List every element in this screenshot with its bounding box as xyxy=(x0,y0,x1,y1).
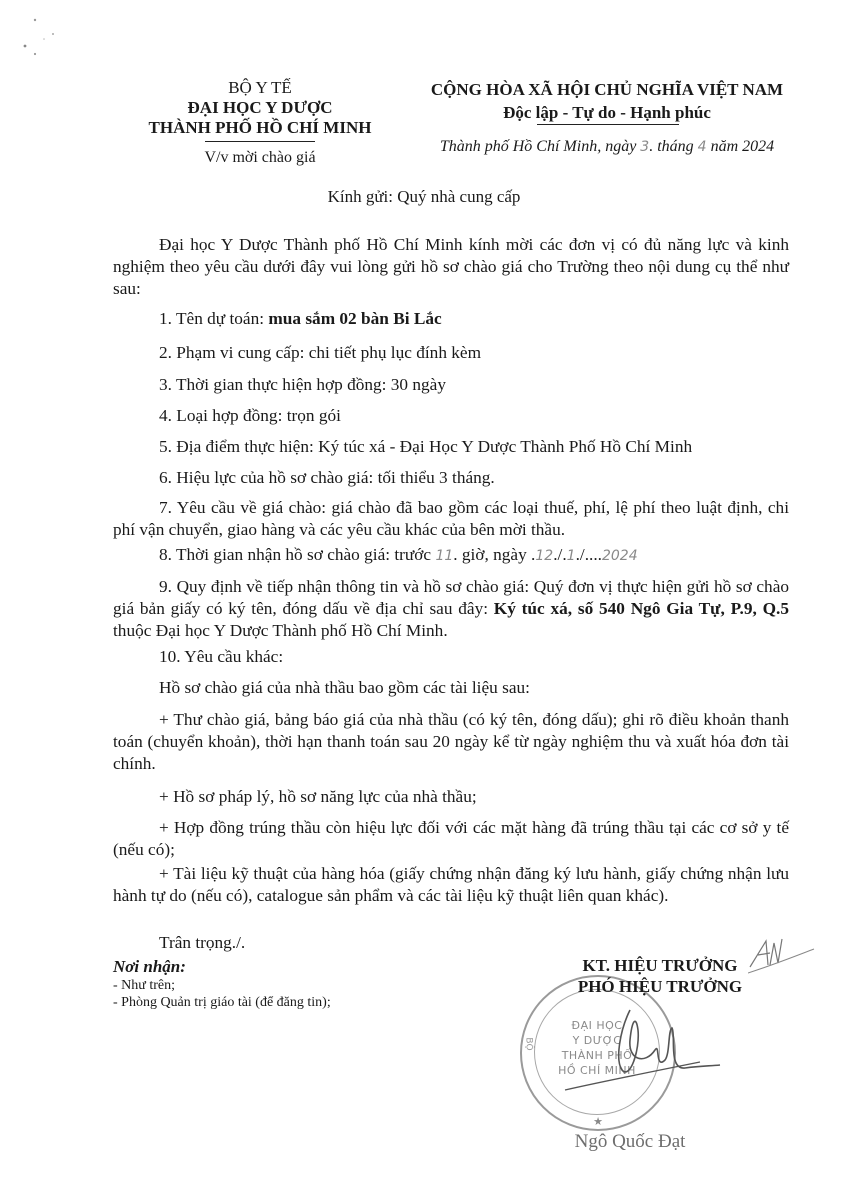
intro-paragraph: Đại học Y Dược Thành phố Hồ Chí Minh kín… xyxy=(113,234,789,300)
signer-name: Ngô Quốc Đạt xyxy=(520,1131,740,1153)
item-3: 3. Thời gian thực hiện hợp đồng: 30 ngày xyxy=(159,374,446,396)
item-1: 1. Tên dự toán: mua sắm 02 bàn Bi Lắc xyxy=(159,308,442,330)
document-date: Thành phố Hồ Chí Minh, ngày 3. tháng 4 n… xyxy=(412,135,802,159)
docs-intro: Hồ sơ chào giá của nhà thầu bao gồm các … xyxy=(159,677,530,699)
recipients-block: Nơi nhận: - Như trên; - Phòng Quản trị g… xyxy=(113,957,331,1011)
doc-requirement-3: + Hợp đồng trúng thầu còn hiệu lực đối v… xyxy=(113,817,789,861)
handwritten-day: 3 xyxy=(640,139,649,155)
university-name-line1: ĐẠI HỌC Y DƯỢC xyxy=(110,98,410,118)
item-4: 4. Loại hợp đồng: trọn gói xyxy=(159,405,341,427)
header-divider xyxy=(205,141,315,142)
handwritten-signature xyxy=(560,990,730,1100)
motto-underline xyxy=(537,124,679,125)
submission-address: Ký túc xá, số 540 Ngô Gia Tự, P.9, Q.5 xyxy=(494,599,789,618)
handwritten-hour: 11 xyxy=(435,548,453,564)
handwritten-day: 12 xyxy=(535,548,553,564)
item-2: 2. Phạm vi cung cấp: chi tiết phụ lục đí… xyxy=(159,342,481,364)
doc-requirement-1: + Thư chào giá, bảng báo giá của nhà thầ… xyxy=(113,709,789,775)
item-7: 7. Yêu cầu về giá chào: giá chào đã bao … xyxy=(113,497,789,541)
document-subject: V/v mời chào giá xyxy=(110,148,410,168)
ministry-name: BỘ Y TẾ xyxy=(110,78,410,98)
signatory-title: KT. HIỆU TRƯỞNG PHÓ HIỆU TRƯỞNG xyxy=(520,955,800,997)
star-icon: ★ xyxy=(522,1115,674,1128)
item-10: 10. Yêu cầu khác: xyxy=(159,646,283,668)
recipient-1: - Như trên; xyxy=(113,977,331,994)
scan-specks xyxy=(18,10,58,60)
estimate-name: mua sắm 02 bàn Bi Lắc xyxy=(268,309,441,328)
national-motto: Độc lập - Tự do - Hạnh phúc xyxy=(412,101,802,124)
doc-requirement-4: + Tài liệu kỹ thuật của hàng hóa (giấy c… xyxy=(113,863,789,907)
national-header: CỘNG HÒA XÃ HỘI CHỦ NGHĨA VIỆT NAM Độc l… xyxy=(412,78,802,159)
handwritten-month: 4 xyxy=(698,139,707,155)
item-5: 5. Địa điểm thực hiện: Ký túc xá - Đại H… xyxy=(159,436,692,458)
issuer-header: BỘ Y TẾ ĐẠI HỌC Y DƯỢC THÀNH PHỐ HỒ CHÍ … xyxy=(110,78,410,168)
university-name-line2: THÀNH PHỐ HỒ CHÍ MINH xyxy=(110,118,410,138)
recipient-2: - Phòng Quản trị giáo tài (để đăng tin); xyxy=(113,994,331,1011)
country-name: CỘNG HÒA XÃ HỘI CHỦ NGHĨA VIỆT NAM xyxy=(412,78,802,101)
item-6: 6. Hiệu lực của hồ sơ chào giá: tối thiể… xyxy=(159,467,495,489)
greeting: Kính gửi: Quý nhà cung cấp xyxy=(0,187,848,207)
recipients-title: Nơi nhận: xyxy=(113,957,331,977)
handwritten-year: 2024 xyxy=(602,548,638,564)
handwritten-month: 1 xyxy=(567,548,576,564)
item-9: 9. Quy định về tiếp nhận thông tin và hồ… xyxy=(113,576,789,642)
doc-requirement-2: + Hồ sơ pháp lý, hồ sơ năng lực của nhà … xyxy=(159,786,477,808)
closing: Trân trọng./. xyxy=(159,932,245,954)
item-8: 8. Thời gian nhận hồ sơ chào giá: trước … xyxy=(159,544,638,567)
